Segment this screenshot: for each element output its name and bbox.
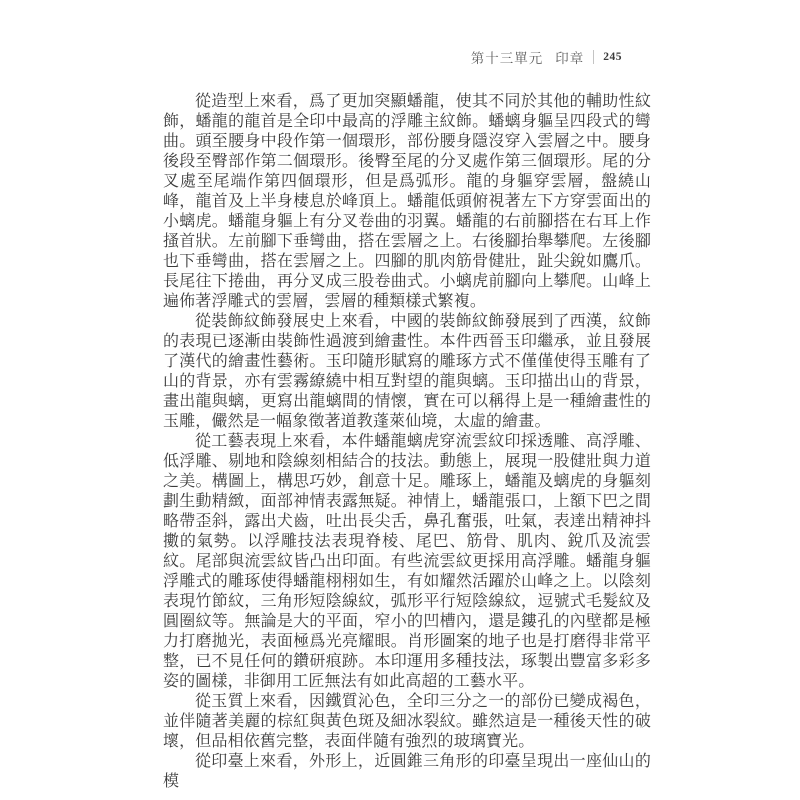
body-paragraph: 從印臺上來看，外形上，近圓錐三角形的印臺呈現出一座仙山的模	[163, 752, 651, 792]
book-page: 第十三單元 印章 245 從造型上來看，爲了更加突顯蟠龍，使其不同於其他的輔助性…	[0, 0, 800, 800]
body-paragraph: 從玉質上來看，因鐵質沁色，全印三分之一的部份已變成褐色，並伴隨著美麗的棕紅與黃色…	[163, 692, 651, 752]
running-header: 第十三單元 印章 245	[0, 47, 622, 67]
body-paragraph: 從裝飾紋飾發展史上來看，中國的裝飾紋飾發展到了西漢，紋飾的表現已逐漸由裝飾性過渡…	[163, 312, 651, 432]
page-number: 245	[603, 51, 622, 63]
header-chapter-title: 印章	[555, 47, 584, 67]
body-text-block: 從造型上來看，爲了更加突顯蟠龍，使其不同於其他的輔助性紋飾，蟠龍的龍首是全印中最…	[163, 92, 651, 792]
body-paragraph: 從工藝表現上來看，本件蟠龍螭虎穿流雲紋印採透雕、高浮雕、低浮雕、剔地和陰線刻相結…	[163, 432, 651, 692]
header-divider	[593, 50, 594, 64]
body-paragraph: 從造型上來看，爲了更加突顯蟠龍，使其不同於其他的輔助性紋飾，蟠龍的龍首是全印中最…	[163, 92, 651, 312]
header-section-title: 第十三單元	[471, 47, 544, 67]
